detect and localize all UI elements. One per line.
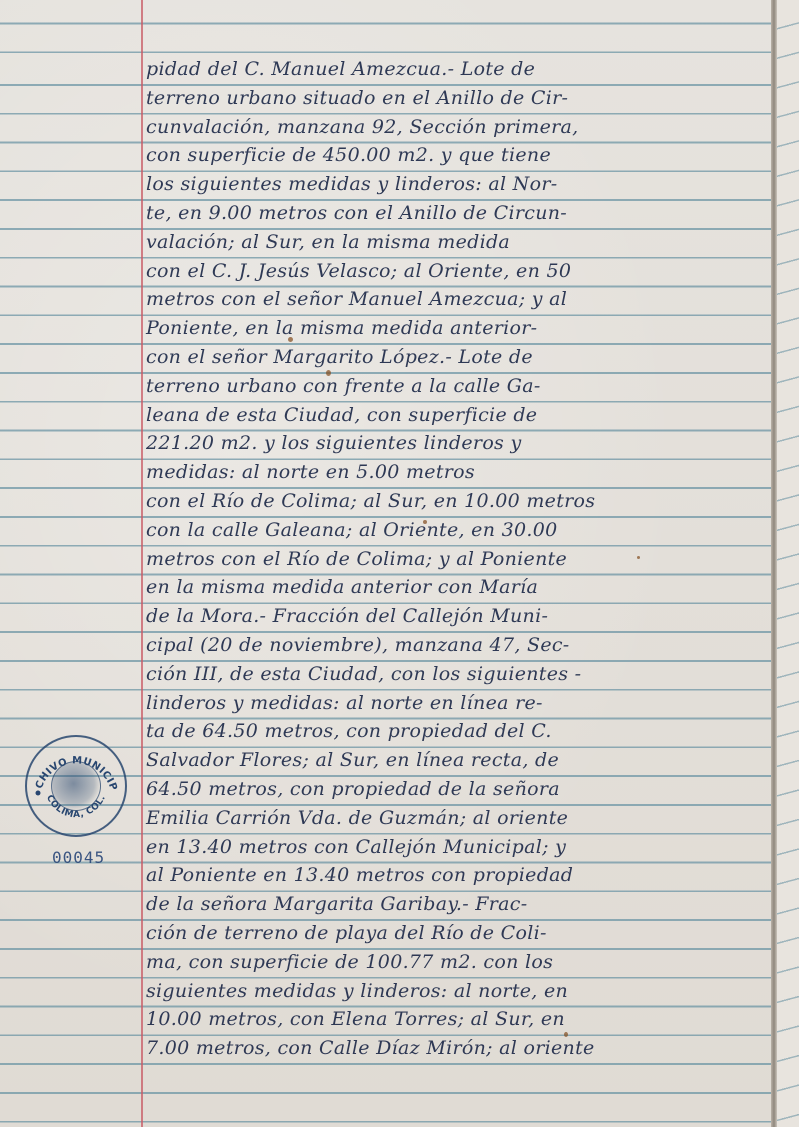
- stain: [637, 556, 640, 559]
- text-line: medidas: al norte en 5.00 metros: [146, 458, 766, 487]
- text-line: metros con el Río de Colima; y al Ponien…: [146, 545, 766, 574]
- text-line: pidad del C. Manuel Amezcua.- Lote de: [146, 55, 766, 84]
- stain: [423, 520, 427, 524]
- text-line: 64.50 metros, con propiedad de la señora: [146, 775, 766, 804]
- text-line: te, en 9.00 metros con el Anillo de Circ…: [146, 199, 766, 228]
- folio-number: 00045: [52, 848, 105, 867]
- text-line: leana de esta Ciudad, con superficie de: [146, 401, 766, 430]
- coat-of-arms-icon: [51, 761, 101, 811]
- text-line: metros con el señor Manuel Amezcua; y al: [146, 285, 766, 314]
- text-line: en 13.40 metros con Callejón Municipal; …: [146, 833, 766, 862]
- text-line: 7.00 metros, con Calle Díaz Mirón; al or…: [146, 1034, 766, 1063]
- text-line: con la calle Galeana; al Oriente, en 30.…: [146, 516, 766, 545]
- text-line: terreno urbano con frente a la calle Ga-: [146, 372, 766, 401]
- text-line: Emilia Carrión Vda. de Guzmán; al orient…: [146, 804, 766, 833]
- text-line: cunvalación, manzana 92, Sección primera…: [146, 113, 766, 142]
- stain: [288, 337, 293, 342]
- text-line: al Poniente en 13.40 metros con propieda…: [146, 861, 766, 890]
- stain: [564, 1032, 568, 1037]
- text-line: con el C. J. Jesús Velasco; al Oriente, …: [146, 257, 766, 286]
- text-line: ción III, de esta Ciudad, con los siguie…: [146, 660, 766, 689]
- text-line: siguientes medidas y linderos: al norte,…: [146, 977, 766, 1006]
- text-line: ción de terreno de playa del Río de Coli…: [146, 919, 766, 948]
- text-line: con superficie de 450.00 m2. y que tiene: [146, 141, 766, 170]
- text-line: ta de 64.50 metros, con propiedad del C.: [146, 717, 766, 746]
- text-line: 10.00 metros, con Elena Torres; al Sur, …: [146, 1005, 766, 1034]
- text-line: linderos y medidas: al norte en línea re…: [146, 689, 766, 718]
- adjacent-page-edge: [777, 0, 799, 1127]
- text-line: Salvador Flores; al Sur, en línea recta,…: [146, 746, 766, 775]
- text-line: valación; al Sur, en la misma medida: [146, 228, 766, 257]
- text-line: cipal (20 de noviembre), manzana 47, Sec…: [146, 631, 766, 660]
- text-line: con el señor Margarito López.- Lote de: [146, 343, 766, 372]
- text-line: terreno urbano situado en el Anillo de C…: [146, 84, 766, 113]
- archive-stamp: ARCHIVO MUNICIPAL COLIMA, COL.: [25, 735, 127, 837]
- register-page: pidad del C. Manuel Amezcua.- Lote de te…: [0, 0, 772, 1127]
- stain: [326, 370, 331, 376]
- text-line: ma, con superficie de 100.77 m2. con los: [146, 948, 766, 977]
- text-line: Poniente, en la misma medida anterior-: [146, 314, 766, 343]
- text-line: los siguientes medidas y linderos: al No…: [146, 170, 766, 199]
- text-line: con el Río de Colima; al Sur, en 10.00 m…: [146, 487, 766, 516]
- text-line: en la misma medida anterior con María: [146, 573, 766, 602]
- text-line: 221.20 m2. y los siguientes linderos y: [146, 429, 766, 458]
- text-line: de la señora Margarita Garibay.- Frac-: [146, 890, 766, 919]
- margin-line: [141, 0, 143, 1127]
- handwritten-text: pidad del C. Manuel Amezcua.- Lote de te…: [146, 55, 766, 1063]
- text-line: de la Mora.- Fracción del Callejón Muni-: [146, 602, 766, 631]
